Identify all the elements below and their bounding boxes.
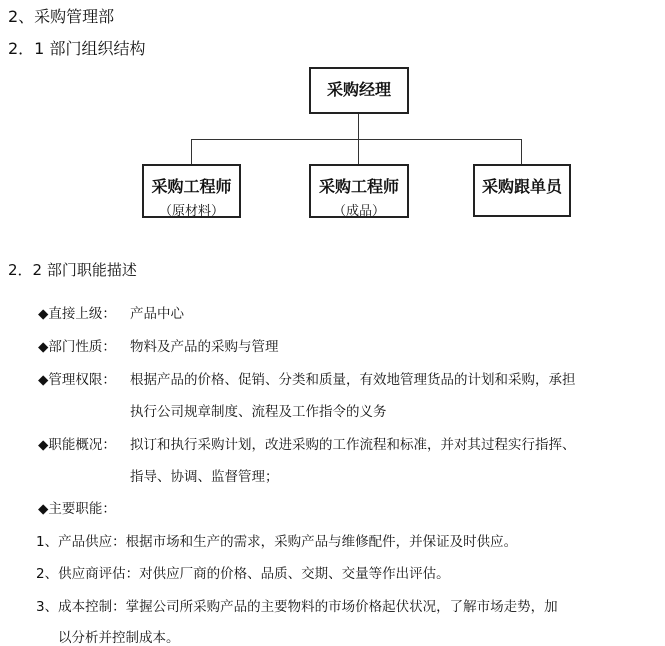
connector-line [191, 139, 192, 164]
org-node-title: 采购经理 [311, 77, 407, 100]
org-node-title: 采购工程师 [144, 174, 239, 197]
attr-value: 指导、协调、监督管理； [130, 465, 279, 485]
duty-item: 3、成本控制：掌握公司所采购产品的主要物料的市场价格起伏状况，了解市场走势，加 [36, 595, 558, 615]
org-node-manager: 采购经理 [309, 67, 409, 114]
attr-value: 拟订和执行采购计划，改进采购的工作流程和标准，并对其过程实行指挥、 [130, 433, 576, 453]
duty-item: 2、供应商评估：对供应厂商的价格、品质、交期、交量等作出评估。 [36, 562, 450, 582]
connector-line [191, 139, 522, 140]
org-node-engineer-raw: 采购工程师 （原材料） [142, 164, 241, 218]
attr-label: ◆管理权限： [38, 368, 116, 388]
attr-value: 执行公司规章制度、流程及工作指令的义务 [130, 400, 387, 420]
org-node-follower: 采购跟单员 [473, 164, 571, 217]
duty-item: 1、产品供应：根据市场和生产的需求，采购产品与维修配件，并保证及时供应。 [36, 530, 517, 550]
attr-label: ◆部门性质： [38, 335, 116, 355]
function-desc-heading: 2．2 部门职能描述 [8, 259, 137, 280]
duty-item-cont: 以分析并控制成本。 [58, 626, 180, 646]
attr-value: 物料及产品的采购与管理 [130, 335, 279, 355]
attr-label: ◆直接上级： [38, 302, 116, 322]
org-structure-heading: 2．1 部门组织结构 [8, 36, 145, 59]
connector-line [358, 114, 359, 140]
org-node-subtitle: （成品） [311, 200, 407, 219]
attr-value: 根据产品的价格、促销、分类和质量，有效地管理货品的计划和采购，承担 [130, 368, 576, 388]
org-node-engineer-finished: 采购工程师 （成品） [309, 164, 409, 218]
main-duties-label: ◆主要职能： [38, 497, 116, 517]
section-heading: 2、采购管理部 [8, 4, 114, 27]
org-node-title: 采购工程师 [311, 174, 407, 197]
connector-line [358, 139, 359, 164]
org-node-title: 采购跟单员 [475, 174, 569, 197]
connector-line [521, 139, 522, 164]
attr-label: ◆职能概况： [38, 433, 116, 453]
org-node-subtitle: （原材料） [144, 200, 239, 219]
attr-value: 产品中心 [130, 302, 184, 322]
